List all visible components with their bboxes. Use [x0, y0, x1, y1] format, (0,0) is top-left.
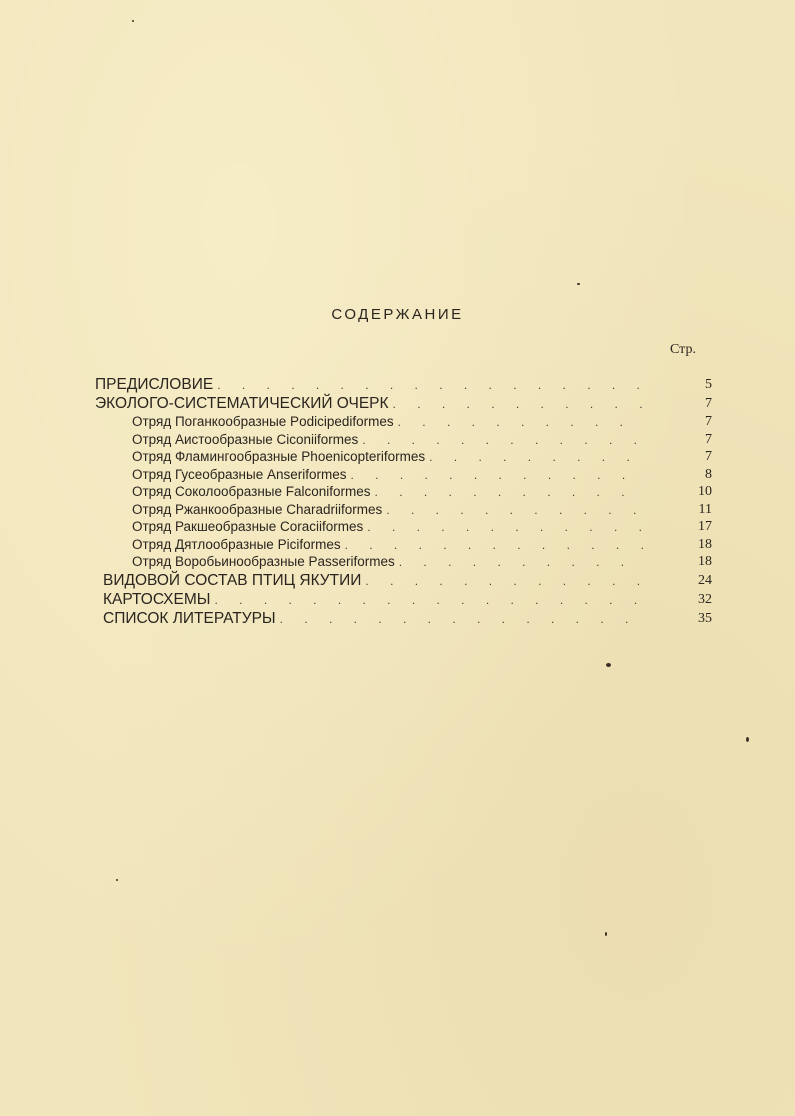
leader-dots: [398, 414, 644, 432]
toc-entry[interactable]: Отряд Соколообразные Falconiformes 10: [95, 483, 720, 501]
toc-entry-label: Отряд Гусеобразные Anseriformes: [132, 466, 346, 484]
toc-entry-page: 17: [672, 518, 712, 536]
toc-entry-page: 5: [672, 375, 712, 394]
paper-speck: [577, 283, 580, 285]
toc-entry-page: 7: [672, 448, 712, 466]
toc-entry[interactable]: Отряд Ржанкообразные Charadriiformes 11: [95, 501, 720, 519]
toc-entry-page: 24: [672, 571, 712, 590]
leader-dots: [280, 610, 644, 629]
toc-entry-page: 11: [672, 501, 712, 519]
toc-entry-label: Отряд Ракшеобразные Coraciiformes: [132, 518, 363, 536]
toc-entry-label: КАРТОСХЕМЫ: [103, 590, 210, 609]
toc-entry-page: 32: [672, 590, 712, 609]
toc-entry[interactable]: Отряд Воробьинообразные Passeriformes 18: [95, 553, 720, 571]
toc-entry-label: Отряд Аистообразные Ciconiiformes: [132, 431, 358, 449]
leader-dots: [214, 591, 644, 610]
toc-entry[interactable]: ЭКОЛОГО-СИСТЕМАТИЧЕСКИЙ ОЧЕРК 7: [95, 394, 720, 413]
toc-entry-page: 18: [672, 536, 712, 554]
leader-dots: [217, 376, 644, 395]
toc-entry-label: Отряд Соколообразные Falconiformes: [132, 483, 371, 501]
toc-entry-label: Отряд Поганкообразные Podicipediformes: [132, 413, 394, 431]
toc-entry-label: ЭКОЛОГО-СИСТЕМАТИЧЕСКИЙ ОЧЕРК: [95, 394, 389, 413]
toc-entry-page: 7: [672, 394, 712, 413]
toc-entry[interactable]: Отряд Дятлообразные Piciformes 18: [95, 536, 720, 554]
toc-entry-label: Отряд Ржанкообразные Charadriiformes: [132, 501, 382, 519]
leader-dots: [386, 502, 644, 520]
paper-speck: [606, 663, 611, 667]
toc-entry[interactable]: КАРТОСХЕМЫ 32: [95, 590, 720, 609]
toc-entry[interactable]: Отряд Аистообразные Ciconiiformes 7: [95, 431, 720, 449]
toc-entry[interactable]: Отряд Фламингообразные Phoenicopteriform…: [95, 448, 720, 466]
toc-entry[interactable]: Отряд Ракшеобразные Coraciiformes 17: [95, 518, 720, 536]
leader-dots: [365, 572, 644, 591]
paper-speck: [132, 20, 134, 22]
toc-entry[interactable]: СПИСОК ЛИТЕРАТУРЫ 35: [95, 609, 720, 628]
toc-entry-page: 18: [672, 553, 712, 571]
toc-entry[interactable]: Отряд Поганкообразные Podicipediformes 7: [95, 413, 720, 431]
toc-entry-label: СПИСОК ЛИТЕРАТУРЫ: [103, 609, 276, 628]
toc-entry-page: 35: [672, 609, 712, 628]
toc-entry-page: 10: [672, 483, 712, 501]
page-column-header: Стр.: [670, 342, 696, 358]
toc-entry-label: Отряд Воробьинообразные Passeriformes: [132, 553, 395, 571]
paper-speck: [605, 932, 607, 936]
toc-entry-label: Отряд Фламингообразные Phoenicopteriform…: [132, 448, 425, 466]
toc-entry[interactable]: Отряд Гусеобразные Anseriformes 8: [95, 466, 720, 484]
toc-entry-page: 8: [672, 466, 712, 484]
leader-dots: [367, 519, 644, 537]
toc-entry-label: ПРЕДИСЛОВИЕ: [95, 375, 213, 394]
leader-dots: [393, 395, 644, 414]
table-of-contents: ПРЕДИСЛОВИЕ 5 ЭКОЛОГО-СИСТЕМАТИЧЕСКИЙ ОЧ…: [95, 375, 720, 628]
paper-speck: [116, 879, 118, 881]
leader-dots: [345, 537, 644, 555]
leader-dots: [429, 449, 644, 467]
leader-dots: [350, 467, 644, 485]
toc-entry-page: 7: [672, 431, 712, 449]
toc-entry-label: Отряд Дятлообразные Piciformes: [132, 536, 341, 554]
leader-dots: [375, 484, 644, 502]
toc-entry-page: 7: [672, 413, 712, 431]
paper-speck: [746, 737, 749, 742]
toc-entry[interactable]: ВИДОВОЙ СОСТАВ ПТИЦ ЯКУТИИ 24: [95, 571, 720, 590]
leader-dots: [362, 432, 644, 450]
toc-entry-label: ВИДОВОЙ СОСТАВ ПТИЦ ЯКУТИИ: [103, 571, 361, 590]
page-title: СОДЕРЖАНИЕ: [0, 306, 795, 323]
toc-entry[interactable]: ПРЕДИСЛОВИЕ 5: [95, 375, 720, 394]
leader-dots: [399, 554, 644, 572]
